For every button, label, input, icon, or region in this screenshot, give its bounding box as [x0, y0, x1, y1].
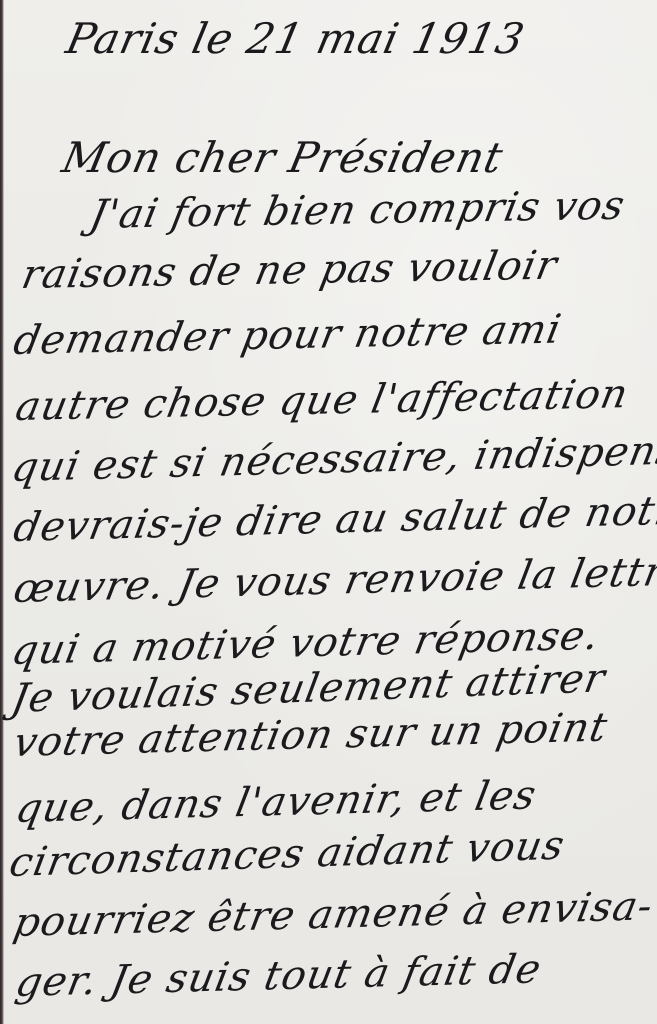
- letter-page: Paris le 21 mai 1913 Mon cher Président …: [0, 0, 657, 1024]
- letter-body-line: pourriez être amené à envisa-: [10, 883, 657, 946]
- letter-body-line: qui est si nécessaire, indispensable: [8, 425, 657, 491]
- page-edge-shadow: [0, 0, 4, 1024]
- letter-body-line: que, dans l'avenir, et les: [12, 772, 540, 832]
- letter-dateline: Paris le 21 mai 1913: [62, 14, 529, 63]
- letter-salutation: Mon cher Président: [58, 133, 508, 182]
- letter-body-line: raisons de ne pas vouloir: [18, 243, 561, 298]
- letter-body-line: demander pour notre ami: [10, 307, 565, 364]
- letter-body-line: circonstances aidant vous: [6, 823, 568, 886]
- letter-body-line: J'ai fort bien compris vos: [86, 183, 629, 238]
- letter-body-line: devrais-je dire au salut de notre: [10, 487, 657, 551]
- letter-body-line: autre chose que l'affectation: [12, 371, 632, 430]
- letter-body-line: ger. Je suis tout à fait de: [12, 946, 545, 1006]
- letter-body-line: œuvre. Je vous renvoie la lettre: [10, 548, 657, 612]
